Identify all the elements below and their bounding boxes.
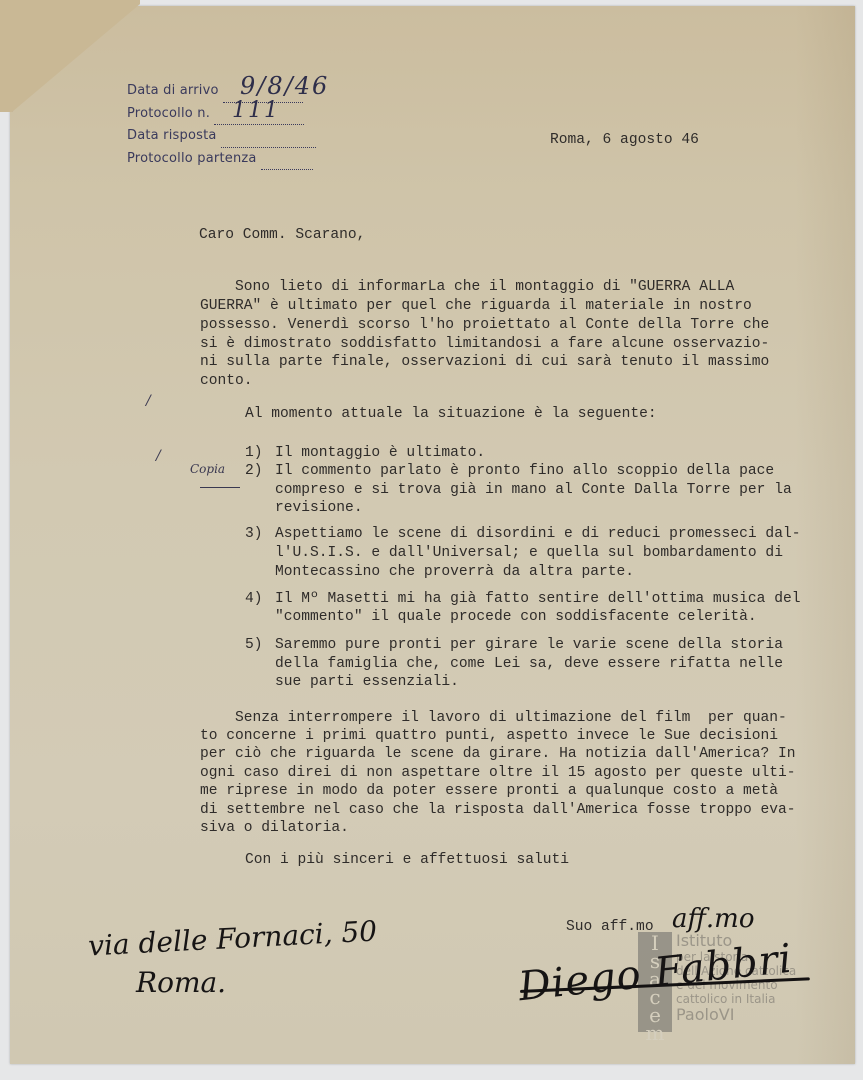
margin-dash	[200, 487, 240, 488]
text-line: sue parti essenziali.	[275, 673, 459, 691]
text-line: di settembre nel caso che la risposta da…	[200, 801, 796, 819]
text-line: Il Mº Masetti mi ha già fatto sentire de…	[275, 590, 800, 608]
text-line: compreso e si trova già in mano al Conte…	[275, 481, 792, 499]
list-number: 3)	[245, 525, 263, 543]
handwritten-address-line-2: Roma.	[136, 966, 226, 999]
stamp-row-outgoing-protocol: Protocollo partenza	[127, 148, 316, 171]
text-line: me riprese in modo da poter essere pront…	[200, 782, 778, 800]
list-number: 5)	[245, 636, 263, 654]
text-line: Saremmo pure pronti per girare le varie …	[275, 636, 783, 654]
stamp-label: Protocollo partenza	[127, 148, 257, 171]
list-number: 1)	[245, 444, 263, 462]
handwritten-closing-addition: aff.mo	[672, 904, 755, 934]
stamp-row-reply-date: Data risposta	[127, 125, 316, 148]
handwritten-arrival-date: 9/8/46	[240, 72, 329, 100]
stamp-blank-line	[261, 157, 313, 170]
text-line: GUERRA" è ultimato per quel che riguarda…	[200, 297, 752, 315]
text-line: per ciò che riguarda le scene da girare.…	[200, 745, 796, 763]
document-scan: Data di arrivo Protocollo n. Data rispos…	[0, 0, 863, 1080]
watermark-line: cattolico in Italia	[676, 992, 776, 1006]
text-line: conto.	[200, 372, 253, 390]
margin-note-copy: Copia	[190, 462, 225, 476]
text-line: siva o dilatoria.	[200, 819, 349, 837]
stamp-label: Data risposta	[127, 125, 217, 148]
text-line: Aspettiamo le scene di disordini e di re…	[275, 525, 800, 543]
text-line: revisione.	[275, 499, 363, 517]
salutation: Caro Comm. Scarano,	[199, 226, 365, 244]
stamp-label: Protocollo n.	[127, 103, 210, 126]
text-line: si è dimostrato soddisfatto limitandosi …	[200, 335, 769, 353]
list-intro: Al momento attuale la situazione è la se…	[245, 405, 657, 423]
stamp-row-protocol-number: Protocollo n.	[127, 103, 316, 126]
list-number: 4)	[245, 590, 263, 608]
watermark-line: PaoloVI	[676, 1005, 734, 1024]
list-number: 2)	[245, 462, 263, 480]
closing: Con i più sinceri e affettuosi saluti	[245, 851, 569, 869]
text-line: l'U.S.I.S. e dall'Universal; e quella su…	[275, 544, 783, 562]
text-line: ni sulla parte finale, osservazioni di c…	[200, 353, 769, 371]
margin-tick: /	[156, 448, 161, 464]
text-line: possesso. Venerdì scorso l'ho proiettato…	[200, 316, 769, 334]
text-line: Montecassino che proverrà da altra parte…	[275, 563, 634, 581]
stamp-label: Data di arrivo	[127, 80, 219, 103]
margin-tick: /	[146, 393, 151, 409]
stamp-blank-line	[221, 135, 316, 148]
handwritten-protocol-number: 111	[232, 98, 280, 123]
place-date: Roma, 6 agosto 46	[550, 131, 699, 149]
text-line: to concerne i primi quattro punti, aspet…	[200, 727, 778, 745]
text-line: Sono lieto di informarLa che il montaggi…	[200, 278, 734, 296]
text-line: ogni caso direi di non aspettare oltre i…	[200, 764, 796, 782]
text-line: della famiglia che, come Lei sa, deve es…	[275, 655, 783, 673]
text-line: Il montaggio è ultimato.	[275, 444, 485, 462]
text-line: "commento" il quale procede con soddisfa…	[275, 608, 757, 626]
text-line: Il commento parlato è pronto fino allo s…	[275, 462, 774, 480]
text-line: Senza interrompere il lavoro di ultimazi…	[200, 709, 787, 727]
